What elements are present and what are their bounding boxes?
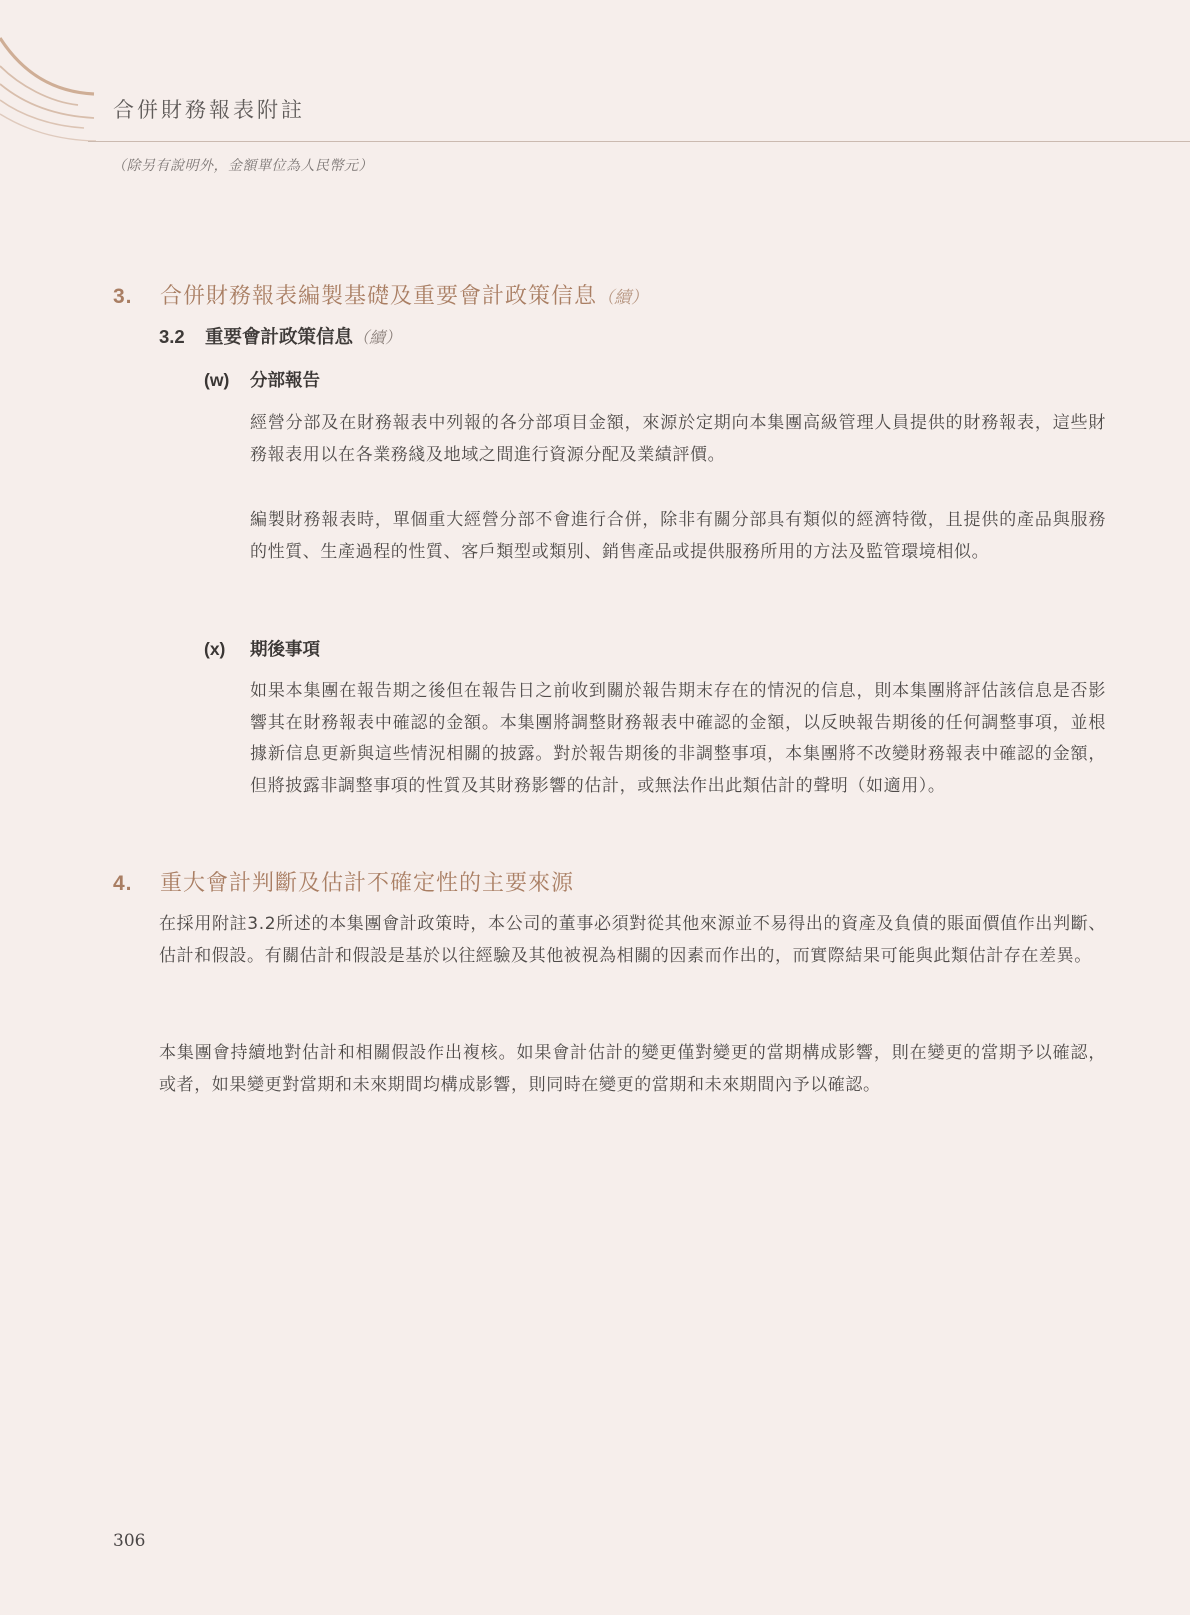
paragraph: 編製財務報表時，單個重大經營分部不會進行合併，除非有關分部具有類似的經濟特徵，且… (250, 505, 1106, 568)
subsection-title: 重要會計政策信息 (205, 323, 353, 349)
currency-note: （除另有說明外，金額單位為人民幣元） (112, 155, 373, 175)
running-header-title: 合併財務報表附註 (113, 94, 305, 124)
section-4-heading: 4. 重大會計判斷及估計不確定性的主要來源 (113, 866, 574, 897)
section-number: 4. (113, 872, 160, 896)
item-x-heading: (x) 期後事項 (204, 636, 320, 661)
section-3-heading: 3. 合併財務報表編製基礎及重要會計政策信息 （續） (113, 279, 648, 310)
paragraph: 如果本集團在報告期之後但在報告日之前收到關於報告期末存在的情況的信息，則本集團將… (250, 676, 1106, 802)
section-title: 合併財務報表編製基礎及重要會計政策信息 (160, 279, 597, 310)
paragraph: 本集團會持續地對估計和相關假設作出複核。如果會計估計的變更僅對變更的當期構成影響… (159, 1038, 1106, 1101)
subsection-number: 3.2 (159, 326, 205, 348)
header-rule (88, 141, 1190, 142)
section-title: 重大會計判斷及估計不確定性的主要來源 (160, 866, 574, 897)
continued-label: （續） (597, 283, 648, 308)
item-number: (x) (204, 639, 250, 660)
page-number: 306 (113, 1531, 145, 1551)
decorative-curves-icon (0, 0, 120, 150)
section-number: 3. (113, 285, 160, 309)
item-title: 期後事項 (250, 636, 320, 661)
subsection-3-2-heading: 3.2 重要會計政策信息 （續） (159, 323, 401, 349)
paragraph: 經營分部及在財務報表中列報的各分部項目金額，來源於定期向本集團高級管理人員提供的… (250, 408, 1106, 471)
paragraph: 在採用附註3.2所述的本集團會計政策時，本公司的董事必須對從其他來源並不易得出的… (159, 909, 1106, 972)
item-number: (w) (204, 370, 250, 391)
item-w-heading: (w) 分部報告 (204, 367, 320, 392)
continued-label: （續） (353, 325, 401, 348)
item-title: 分部報告 (250, 367, 320, 392)
